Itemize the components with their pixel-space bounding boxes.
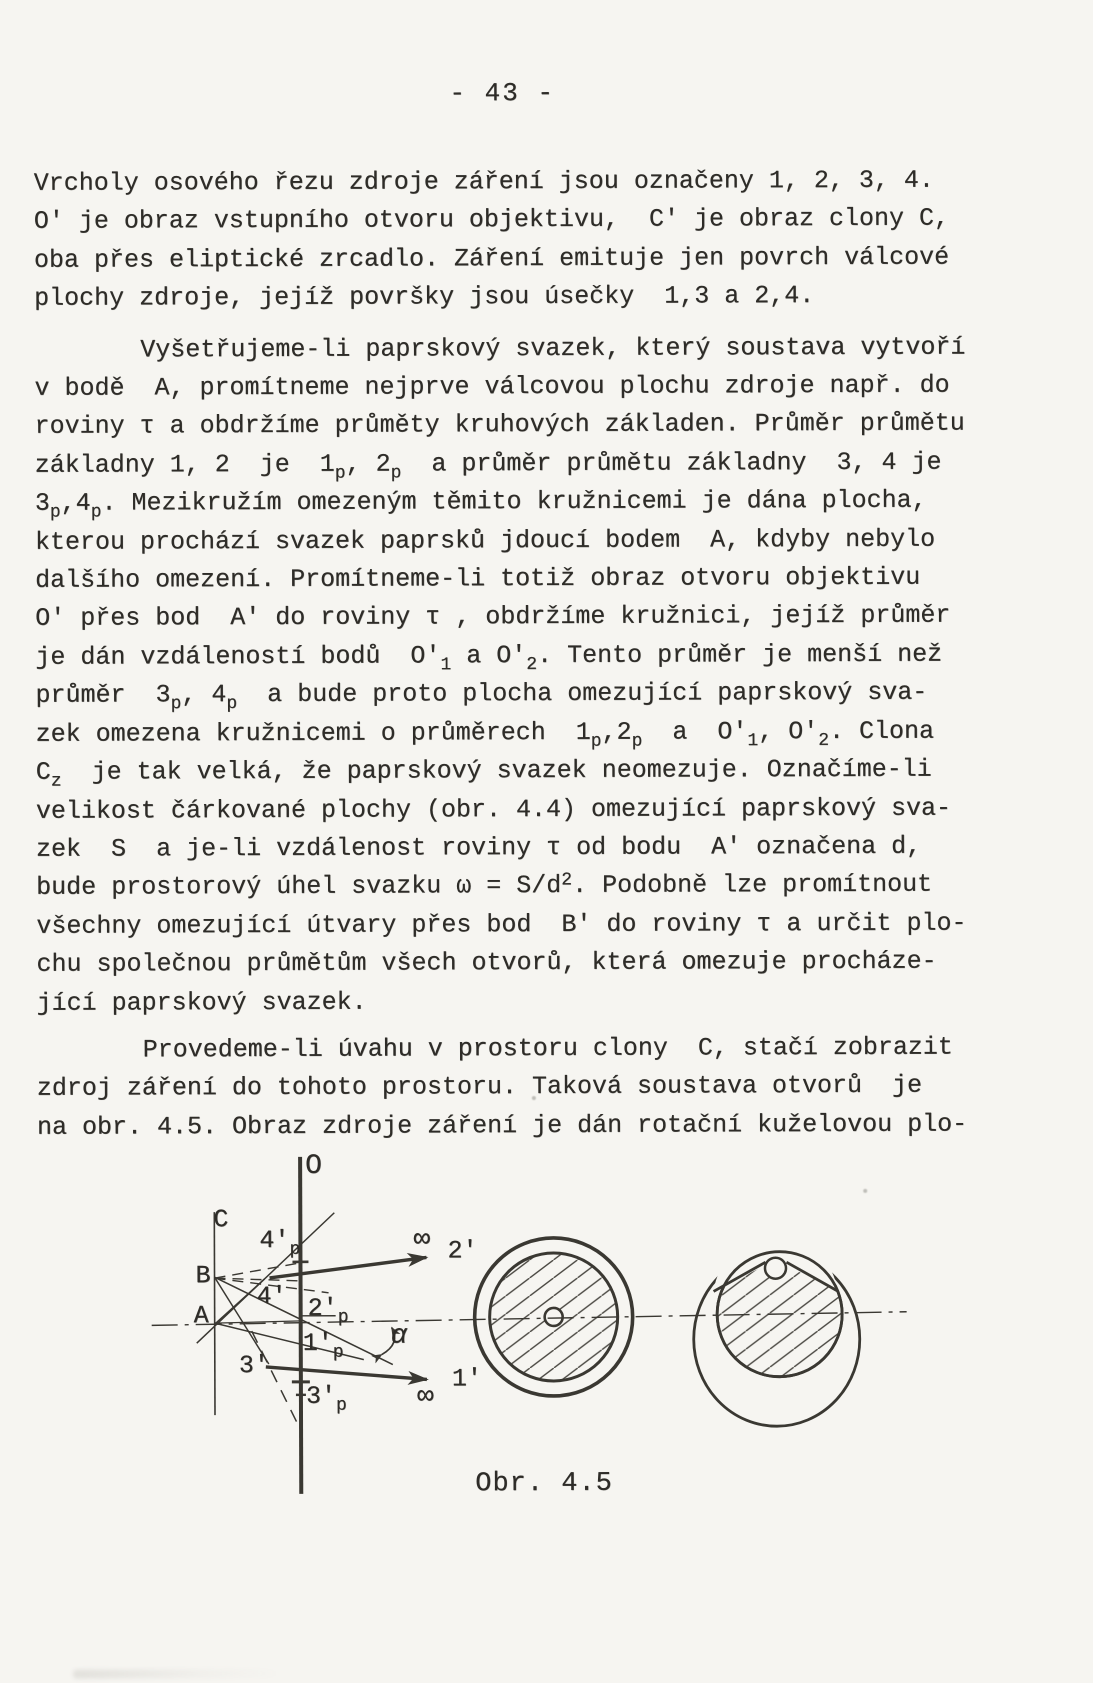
label-3p: 3′p	[306, 1384, 347, 1409]
figure-drawing	[0, 0, 1093, 1683]
ray-2-arrow	[269, 1257, 426, 1278]
label-A: A	[194, 1303, 209, 1328]
center-hole-circle	[545, 1308, 563, 1326]
label-1p: 1′p	[303, 1331, 344, 1356]
label-4p: 4′p	[259, 1228, 300, 1253]
label-C: C	[213, 1207, 228, 1232]
label-ray-2: 2′	[447, 1238, 477, 1263]
scan-speck	[532, 1096, 536, 1100]
infinity-symbol-lower: ∞	[417, 1383, 434, 1411]
scanned-page: - 43 - Vrcholy osového řezu zdroje zářen…	[0, 0, 1093, 1683]
axis-C-line	[214, 1212, 215, 1415]
top-hole-circle	[765, 1258, 786, 1279]
label-2p: 2′p	[308, 1296, 349, 1321]
label-4: 4′	[257, 1284, 287, 1309]
ray-1-arrow	[266, 1366, 427, 1380]
axis-O-line	[300, 1157, 301, 1494]
label-alpha: α	[391, 1323, 407, 1350]
projection-circles-right	[693, 1236, 860, 1426]
label-3: 3′	[239, 1353, 269, 1378]
label-ray-1: 1′	[452, 1366, 482, 1391]
label-B: B	[195, 1263, 210, 1288]
label-O: O	[305, 1153, 322, 1181]
infinity-symbol-upper: ∞	[413, 1226, 430, 1254]
figure-caption: Obr. 4.5	[475, 1469, 613, 1499]
scan-speck	[863, 1189, 867, 1193]
scan-smudge	[73, 1669, 283, 1679]
